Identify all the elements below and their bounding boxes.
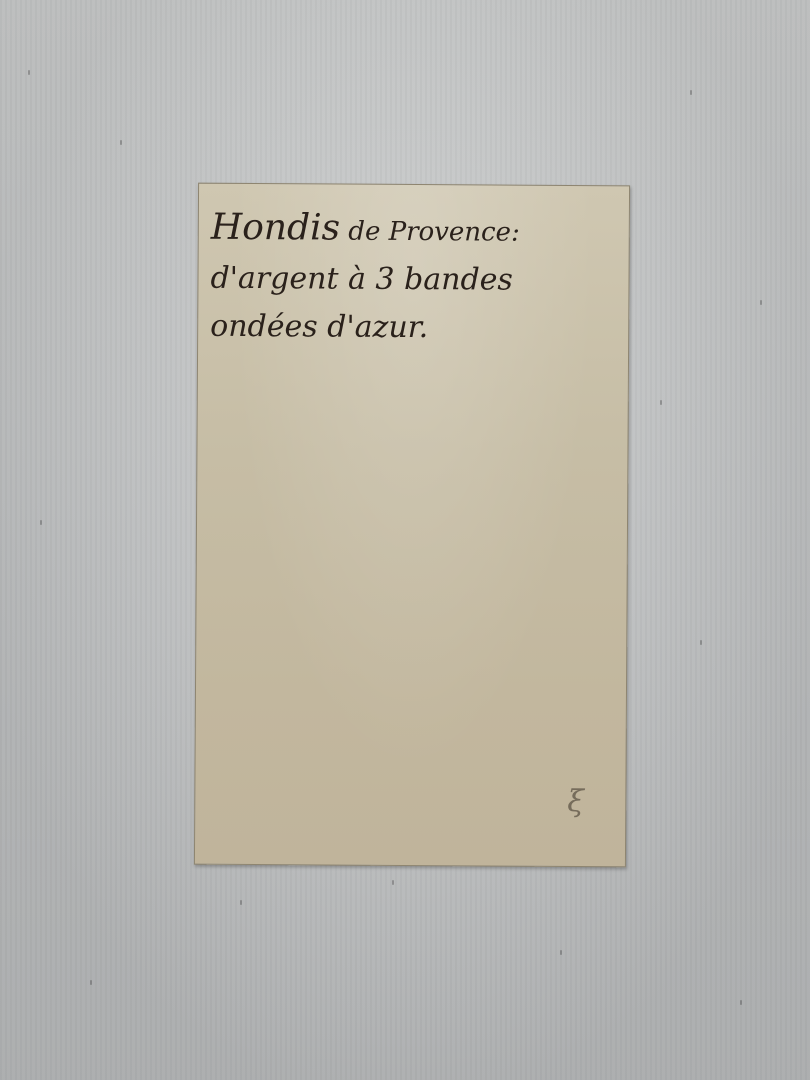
- handwritten-card: Hondis de Provence: d'argent à 3 bandes …: [194, 183, 630, 868]
- surface-speck: [700, 640, 702, 645]
- surface-speck: [120, 140, 122, 145]
- handwritten-text: Hondis de Provence: d'argent à 3 bandes …: [210, 210, 621, 345]
- surface-speck: [560, 950, 562, 955]
- surface-speck: [40, 520, 42, 525]
- surface-speck: [392, 880, 394, 885]
- surface-speck: [28, 70, 30, 75]
- surface-speck: [660, 400, 662, 405]
- family-name: Hondis: [211, 207, 341, 249]
- surface-speck: [90, 980, 92, 985]
- card-line-1: Hondis de Provence:: [211, 210, 621, 249]
- pencil-mark: ξ: [567, 784, 584, 819]
- card-line-2: d'argent à 3 bandes: [210, 264, 620, 297]
- card-line-3: ondées d'azur.: [210, 312, 620, 345]
- surface-speck: [760, 300, 762, 305]
- surface-speck: [740, 1000, 742, 1005]
- surface-speck: [240, 900, 242, 905]
- surface-speck: [690, 90, 692, 95]
- region-name: de Provence:: [340, 217, 520, 248]
